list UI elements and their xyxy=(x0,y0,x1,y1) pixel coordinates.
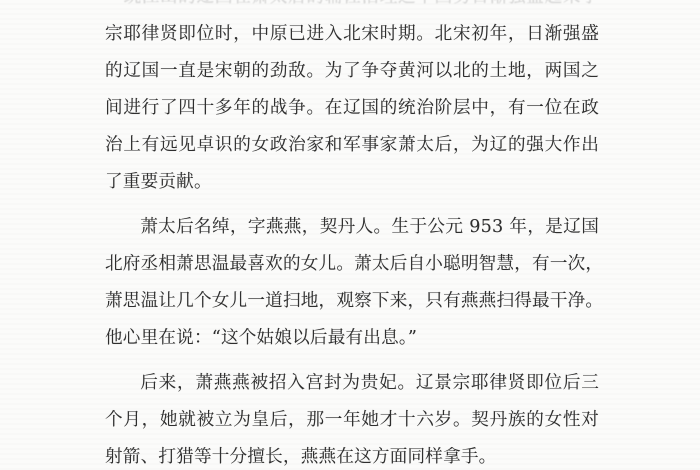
text-line: 后来，萧燕燕被招入宫封为贵妃。辽景宗耶律贤即位后三 xyxy=(105,365,599,402)
text-line: 间进行了四十多年的战争。在辽国的统治阶层中，有一位在政 xyxy=(105,90,599,127)
text-line: 射箭、打猎等十分擅长，燕燕在这方面同样拿手。 xyxy=(105,439,599,470)
paragraph-1: 宗耶律贤即位时，中原已进入北宋时期。北宋初年，日渐强盛 的辽国一直是宋朝的劲敌。… xyxy=(105,16,599,201)
text-line: 宗耶律贤即位时，中原已进入北宋时期。北宋初年，日渐强盛 xyxy=(105,16,599,53)
text-line: 萧思温让几个女儿一道扫地，观察下来，只有燕燕扫得最干净。 xyxy=(105,283,599,320)
text-line: 萧太后名绰，字燕燕，契丹人。生于公元 953 年，是辽国 xyxy=(105,209,599,246)
scanned-page: 一统江山的辽国在萧太后的辅佐治理之下国势日渐强盛起来了 宗耶律贤即位时，中原已进… xyxy=(0,0,700,470)
paragraph-2: 萧太后名绰，字燕燕，契丹人。生于公元 953 年，是辽国 北府丞相萧思温最喜欢的… xyxy=(105,209,599,357)
text-line: 个月，她就被立为皇后，那一年她才十六岁。契丹族的女性对 xyxy=(105,402,599,439)
text-line: 了重要贡献。 xyxy=(105,164,599,201)
paragraph-3: 后来，萧燕燕被招入宫封为贵妃。辽景宗耶律贤即位后三 个月，她就被立为皇后，那一年… xyxy=(105,365,599,470)
text-line: 治上有远见卓识的女政治家和军事家萧太后，为辽的强大作出 xyxy=(105,127,599,164)
text-line: 他心里在说：“这个姑娘以后最有出息。” xyxy=(105,320,599,357)
text-line: 的辽国一直是宋朝的劲敌。为了争夺黄河以北的土地，两国之 xyxy=(105,53,599,90)
text-line: 北府丞相萧思温最喜欢的女儿。萧太后自小聪明智慧，有一次， xyxy=(105,246,599,283)
text-column: 一统江山的辽国在萧太后的辅佐治理之下国势日渐强盛起来了 宗耶律贤即位时，中原已进… xyxy=(105,0,599,470)
clipped-text-line: 一统江山的辽国在萧太后的辅佐治理之下国势日渐强盛起来了 xyxy=(105,0,599,16)
